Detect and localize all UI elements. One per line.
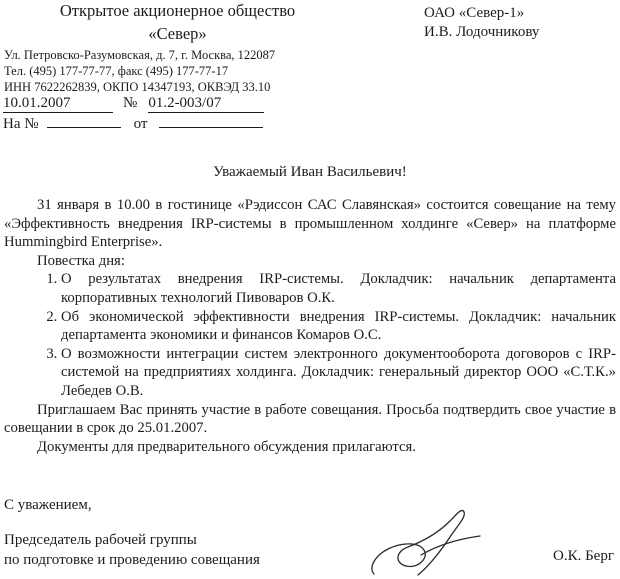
signature-block: Председатель рабочей группы по подготовк…	[4, 530, 616, 570]
number-sign: №	[123, 95, 137, 112]
recipient-org: ОАО «Север-1»	[424, 4, 539, 23]
paragraph-invitation: Приглашаем Вас принять участие в работе …	[4, 401, 616, 438]
letterhead-address: Ул. Петровско-Разумовская, д. 7, г. Моск…	[4, 47, 275, 95]
recipient-person: И.В. Лодочникову	[424, 23, 539, 42]
agenda-item: Об экономической эффективности внедрения…	[61, 308, 616, 345]
document-number: 01.2-003/07	[148, 95, 264, 113]
signature-graphic	[366, 503, 500, 579]
address-phone: Тел. (495) 177-77-77, факс (495) 177-77-…	[4, 63, 275, 79]
agenda-item: О возможности интеграции систем электрон…	[61, 345, 616, 401]
signer-name: О.К. Берг	[553, 548, 614, 565]
letter-date: 10.01.2007	[3, 95, 113, 113]
ref-number-blank	[47, 112, 121, 128]
org-name-line2: «Север»	[0, 23, 355, 46]
signer-title-line1: Председатель рабочей группы	[4, 530, 616, 550]
incoming-ref-row: На № от	[3, 112, 264, 129]
letter-page: Открытое акционерное общество «Север» ОА…	[0, 0, 620, 579]
outgoing-ref-row: 10.01.2007 № 01.2-003/07	[3, 95, 264, 112]
agenda-label: Повестка дня:	[4, 252, 616, 271]
agenda-list: О результатах внедрения IRP-системы. Док…	[4, 270, 616, 400]
paragraph-meeting: 31 января в 10.00 в гостинице «Рэдиссон …	[4, 196, 616, 252]
letter-body: 31 января в 10.00 в гостинице «Рэдиссон …	[4, 196, 616, 456]
ref-from-label: от	[134, 116, 148, 133]
letterhead-org: Открытое акционерное общество «Север»	[0, 0, 355, 45]
agenda-item: О результатах внедрения IRP-системы. Док…	[61, 270, 616, 307]
salutation: Уважаемый Иван Васильевич!	[0, 164, 620, 181]
signer-title-line2: по подготовке и проведению совещания	[4, 550, 616, 570]
reference-lines: 10.01.2007 № 01.2-003/07 На № от	[3, 95, 264, 129]
ref-label: На №	[3, 116, 39, 133]
paragraph-attachments: Документы для предварительного обсуждени…	[4, 438, 616, 457]
recipient-block: ОАО «Север-1» И.В. Лодочникову	[424, 4, 539, 42]
signer-title: Председатель рабочей группы по подготовк…	[4, 530, 616, 570]
org-name-line1: Открытое акционерное общество	[0, 0, 355, 23]
address-street: Ул. Петровско-Разумовская, д. 7, г. Моск…	[4, 47, 275, 63]
address-codes: ИНН 7622262839, ОКПО 14347193, ОКВЭД 33.…	[4, 79, 275, 95]
closing-regards: С уважением,	[4, 497, 92, 514]
ref-date-blank	[159, 112, 263, 128]
